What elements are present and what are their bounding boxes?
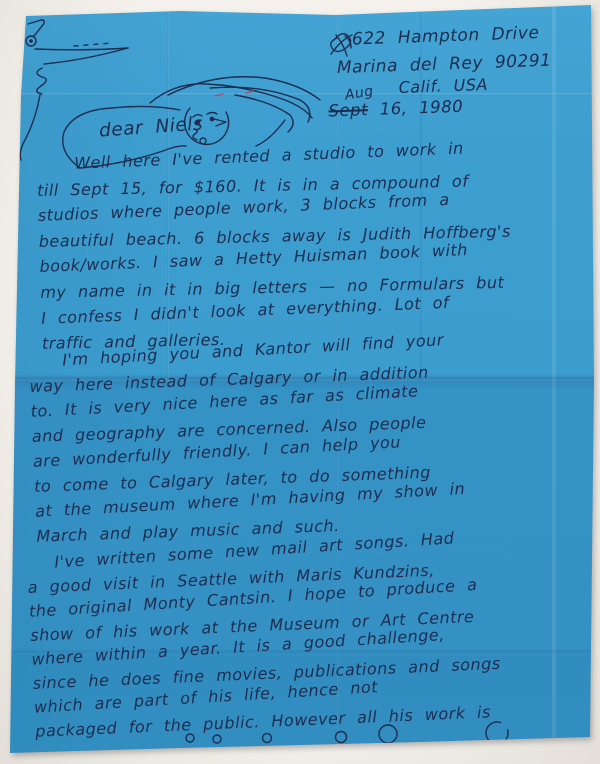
- paragraph: I've written some new mail art songs. Ha…: [26, 529, 504, 745]
- date-rest: 16, 1980: [368, 97, 464, 119]
- fold-crease-vertical: [552, 6, 556, 746]
- sender-address-line2: Marina del Rey 90291: [337, 51, 552, 78]
- photo-background: 622 Hampton Drive Marina del Rey 90291 C…: [0, 0, 600, 764]
- fold-crease-horizontal: [14, 93, 594, 96]
- letter-paper: 622 Hampton Drive Marina del Rey 90291 C…: [0, 0, 600, 764]
- circle-doodle: [336, 732, 347, 743]
- greeting: dear Niels: [98, 113, 203, 141]
- sender-address-line3: Calif. USA: [398, 75, 488, 97]
- paper-shadow: 622 Hampton Drive Marina del Rey 90291 C…: [0, 0, 600, 764]
- sender-address-line1: 622 Hampton Drive: [352, 23, 540, 50]
- paragraph: Well here I've rented a studio to work i…: [36, 140, 514, 359]
- date-struck-month: Sept: [328, 100, 368, 120]
- paragraph: I'm hoping you and Kantor will find your…: [28, 332, 467, 551]
- date-text: Sept 16, 1980: [328, 97, 463, 121]
- address-scribble-doodle: [331, 34, 352, 56]
